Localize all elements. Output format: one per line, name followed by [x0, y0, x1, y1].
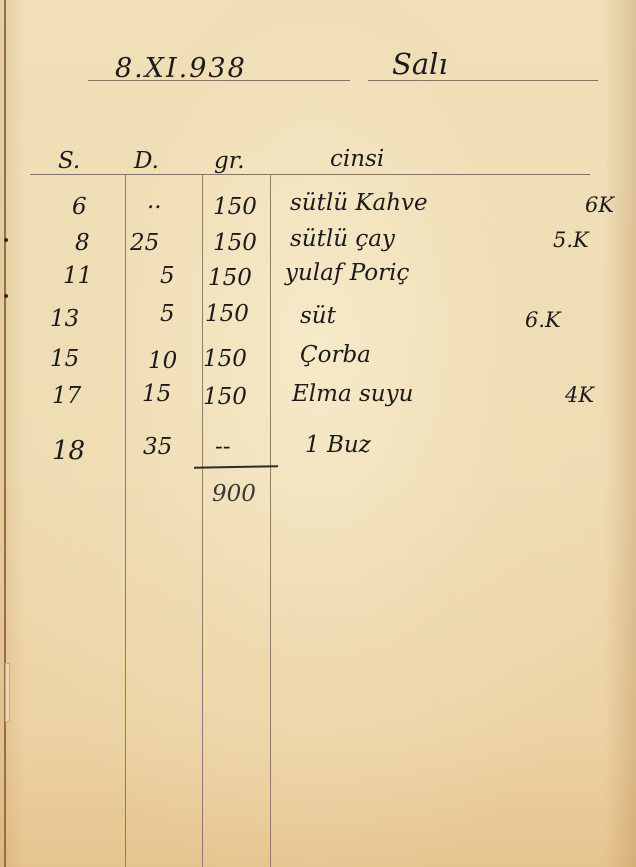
entry-date: 8.XI.938 — [115, 55, 247, 82]
column-divider-s-d — [125, 174, 126, 867]
cell-cinsi: süt — [300, 305, 336, 328]
column-header-d: D. — [134, 150, 159, 173]
cell-d: 10 — [148, 350, 177, 373]
cell-cinsi: Elma suyu — [292, 383, 413, 406]
cell-d: 35 — [143, 436, 172, 459]
total-grams: 900 — [212, 483, 256, 506]
column-divider-gr-cinsi — [270, 174, 271, 867]
cell-gr: 150 — [203, 386, 247, 409]
binding-hole — [4, 238, 8, 242]
cell-s: 17 — [52, 385, 81, 408]
column-header-gr: gr. — [214, 150, 245, 173]
cell-s: 18 — [52, 438, 85, 464]
cell-cinsi: 1 Buz — [305, 434, 371, 457]
table-header-rule — [30, 174, 590, 175]
cell-gr: 150 — [203, 348, 247, 371]
cell-note: 4K — [565, 385, 594, 406]
column-header-cinsi: cinsi — [330, 148, 384, 171]
cell-cinsi: sütlü çay — [290, 228, 395, 251]
cell-note: 6.K — [525, 310, 561, 331]
cell-s: 13 — [50, 308, 79, 331]
notebook-page: 8.XI.938 Salı S. D. gr. cinsi 6 .. 150 s… — [0, 0, 636, 867]
cell-d: 5 — [160, 265, 175, 288]
column-divider-d-gr — [202, 174, 203, 867]
cell-s: 15 — [50, 348, 79, 371]
binding-edge — [4, 0, 6, 867]
cell-d: 15 — [142, 383, 171, 406]
cell-d: .. — [147, 190, 162, 213]
column-header-s: S. — [58, 150, 80, 173]
cell-gr: 150 — [213, 196, 257, 219]
cell-gr: 150 — [208, 267, 252, 290]
cell-gr: 150 — [213, 232, 257, 255]
cell-note: 5.K — [553, 230, 589, 251]
sum-line — [194, 465, 278, 468]
cell-s: 6 — [72, 196, 87, 219]
cell-s: 11 — [63, 265, 92, 288]
cell-note: 6K — [585, 195, 614, 216]
staple — [5, 663, 10, 722]
cell-gr: -- — [215, 436, 231, 459]
cell-s: 8 — [75, 232, 90, 255]
binding-hole — [4, 294, 8, 298]
entry-day: Salı — [392, 50, 448, 79]
cell-cinsi: sütlü Kahve — [290, 192, 428, 215]
cell-d: 25 — [130, 232, 159, 255]
cell-d: 5 — [160, 303, 175, 326]
cell-cinsi: yulaf Poriç — [285, 262, 409, 285]
cell-cinsi: Çorba — [300, 344, 371, 367]
cell-gr: 150 — [205, 303, 249, 326]
